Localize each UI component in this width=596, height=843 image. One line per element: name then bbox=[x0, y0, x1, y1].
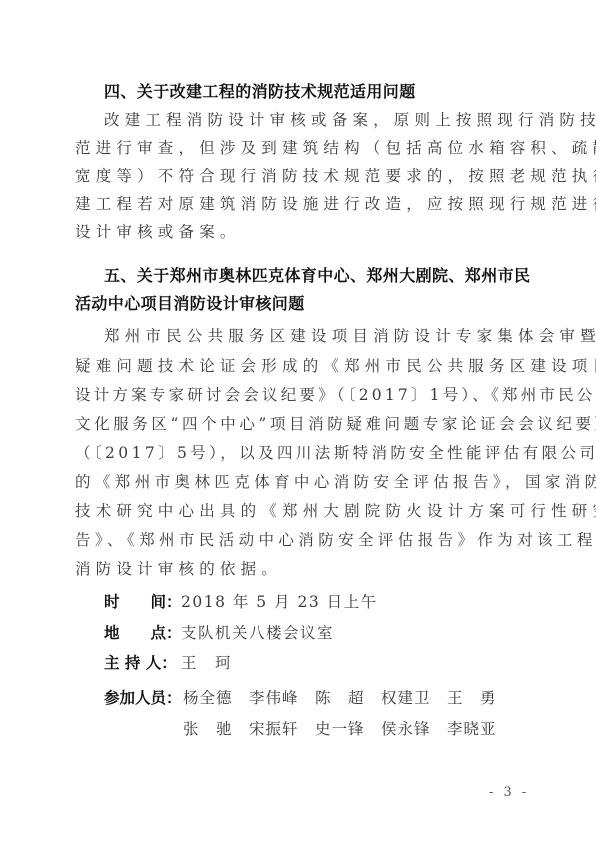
attendee-name: 宋振轩 bbox=[249, 715, 309, 743]
meeting-time-label: 时 间： bbox=[104, 588, 181, 616]
paragraph-line: 技术研究中心出具的《郑州大剧院防火设计方案可行性研究报 bbox=[75, 497, 596, 525]
section-5-heading-cont: 活动中心项目消防设计审核问题 bbox=[75, 290, 305, 318]
meeting-host-value: 王 珂 bbox=[181, 649, 232, 677]
attendees-list-row-2: 张 驰宋振轩史一锋侯永锋李晓亚 bbox=[183, 715, 513, 743]
meeting-host-label: 主 持 人： bbox=[104, 649, 181, 677]
paragraph-line: 的《郑州市奥林匹克体育中心消防安全评估报告》，国家消防工程 bbox=[75, 468, 596, 496]
attendees-list-row-1: 杨全德李伟峰陈 超权建卫王 勇 bbox=[183, 684, 513, 712]
attendee-name: 陈 超 bbox=[315, 684, 375, 712]
paragraph-line: 宽度等）不符合现行消防技术规范要求的，按照老规范执行。改 bbox=[75, 162, 596, 190]
meeting-attendees-row: 参加人员：杨全德李伟峰陈 超权建卫王 勇 bbox=[104, 684, 513, 712]
paragraph-line: 范进行审查，但涉及到建筑结构（包括高位水箱容积、疏散走道 bbox=[75, 134, 596, 162]
paragraph-line: 郑州市民公共服务区建设项目消防设计专家集体会审暨重点 bbox=[104, 322, 596, 350]
paragraph-line: 改建工程消防设计审核或备案，原则上按照现行消防技术规 bbox=[104, 106, 596, 134]
page-number: - 3 - bbox=[489, 785, 529, 800]
attendee-name: 杨全德 bbox=[183, 684, 243, 712]
paragraph-line: 疑难问题技术论证会形成的《郑州市民公共服务区建设项目消防 bbox=[75, 352, 596, 380]
paragraph-line: （〔2017〕5号），以及四川法斯特消防安全性能评估有限公司出具 bbox=[75, 439, 596, 467]
paragraph-line: 文化服务区“四个中心”项目消防疑难问题专家论证会会议纪要》 bbox=[75, 410, 596, 438]
paragraph-line: 设计方案专家研讨会会议纪要》（〔2017〕1号）、《郑州市民公共 bbox=[75, 381, 596, 409]
meeting-attendees-label: 参加人员： bbox=[104, 684, 183, 712]
document-page: 四、关于改建工程的消防技术规范适用问题 改建工程消防设计审核或备案，原则上按照现… bbox=[0, 0, 596, 843]
meeting-place-row: 地 点：支队机关八楼会议室 bbox=[104, 619, 334, 647]
attendee-name: 张 驰 bbox=[183, 715, 243, 743]
meeting-time-row: 时 间：2018 年 5 月 23 日上午 bbox=[104, 588, 378, 616]
meeting-host-row: 主 持 人：王 珂 bbox=[104, 649, 232, 677]
attendee-name: 侯永锋 bbox=[381, 715, 441, 743]
paragraph-line: 告》、《郑州市民活动中心消防安全评估报告》作为对该工程进行 bbox=[75, 526, 596, 554]
meeting-time-value: 2018 年 5 月 23 日上午 bbox=[181, 588, 378, 616]
attendee-name: 史一锋 bbox=[315, 715, 375, 743]
section-4-heading: 四、关于改建工程的消防技术规范适用问题 bbox=[104, 78, 416, 106]
paragraph-line: 设计审核或备案。 bbox=[75, 218, 241, 246]
attendee-name: 权建卫 bbox=[381, 684, 441, 712]
paragraph-line: 建工程若对原建筑消防设施进行改造，应按照现行规范进行消防 bbox=[75, 190, 596, 218]
attendee-name: 李伟峰 bbox=[249, 684, 309, 712]
meeting-place-label: 地 点： bbox=[104, 619, 181, 647]
attendee-name: 李晓亚 bbox=[447, 715, 507, 743]
meeting-place-value: 支队机关八楼会议室 bbox=[181, 619, 334, 647]
attendee-name: 王 勇 bbox=[447, 684, 507, 712]
paragraph-line: 消防设计审核的依据。 bbox=[75, 555, 282, 583]
section-5-heading: 五、关于郑州市奥林匹克体育中心、郑州大剧院、郑州市民 bbox=[104, 262, 530, 290]
meeting-attendees-row-2: 张 驰宋振轩史一锋侯永锋李晓亚 bbox=[183, 715, 513, 743]
